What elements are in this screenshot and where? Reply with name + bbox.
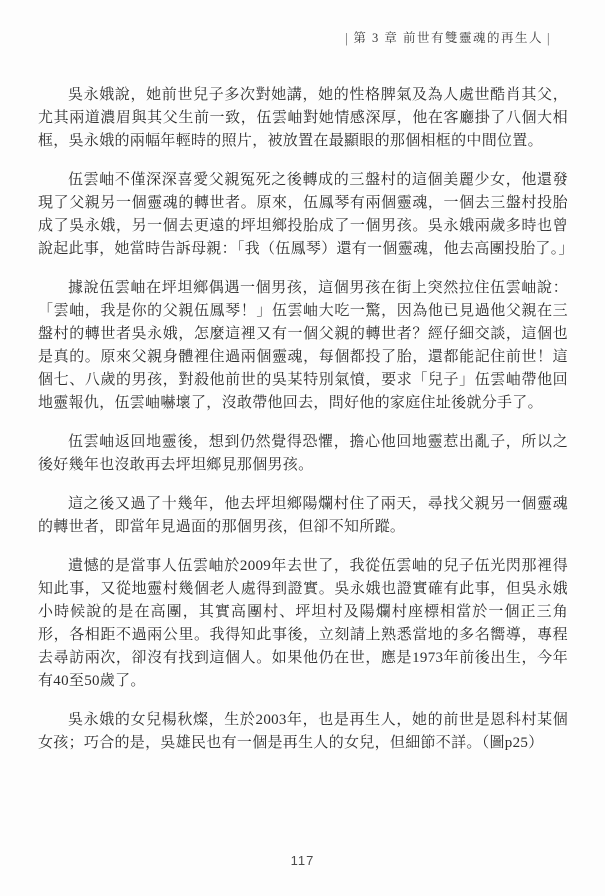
header-left-bar: | — [345, 30, 349, 47]
paragraph: 吳永娥的女兒楊秋燦，生於2003年，也是再生人，她的前世是恩科村某個女孩；巧合的… — [38, 709, 568, 755]
paragraph: 遺憾的是當事人伍雲岫於2009年去世了，我從伍雲岫的兒子伍光閃那裡得知此事，又從… — [38, 555, 568, 693]
running-header: |第 3 章 前世有雙靈魂的再生人| — [341, 28, 555, 46]
paragraph: 據說伍雲岫在坪坦鄉偶遇一個男孩，這個男孩在街上突然拉住伍雲岫說：「雲岫，我是你的… — [38, 277, 568, 415]
page-body: 吳永娥說，她前世兒子多次對她講，她的性格脾氣及為人處世酷肖其父，尤其兩道濃眉與其… — [38, 84, 568, 771]
book-page: |第 3 章 前世有雙靈魂的再生人| 吳永娥說，她前世兒子多次對她講，她的性格脾… — [0, 0, 605, 896]
paragraph: 伍雲岫返回地靈後，想到仍然覺得恐懼，擔心他回地靈惹出亂子，所以之後好幾年也沒敢再… — [38, 431, 568, 477]
header-right-bar: | — [547, 30, 551, 47]
paragraph: 這之後又過了十幾年，他去坪坦鄉陽爛村住了兩天，尋找父親另一個靈魂的轉世者，即當年… — [38, 493, 568, 539]
paragraph: 吳永娥說，她前世兒子多次對她講，她的性格脾氣及為人處世酷肖其父，尤其兩道濃眉與其… — [38, 84, 568, 153]
chapter-title: 第 3 章 前世有雙靈魂的再生人 — [353, 31, 543, 45]
paragraph: 伍雲岫不僅深深喜愛父親冤死之後轉成的三盤村的這個美麗少女，他還發現了父親另一個靈… — [38, 169, 568, 261]
page-number: 117 — [0, 853, 605, 868]
